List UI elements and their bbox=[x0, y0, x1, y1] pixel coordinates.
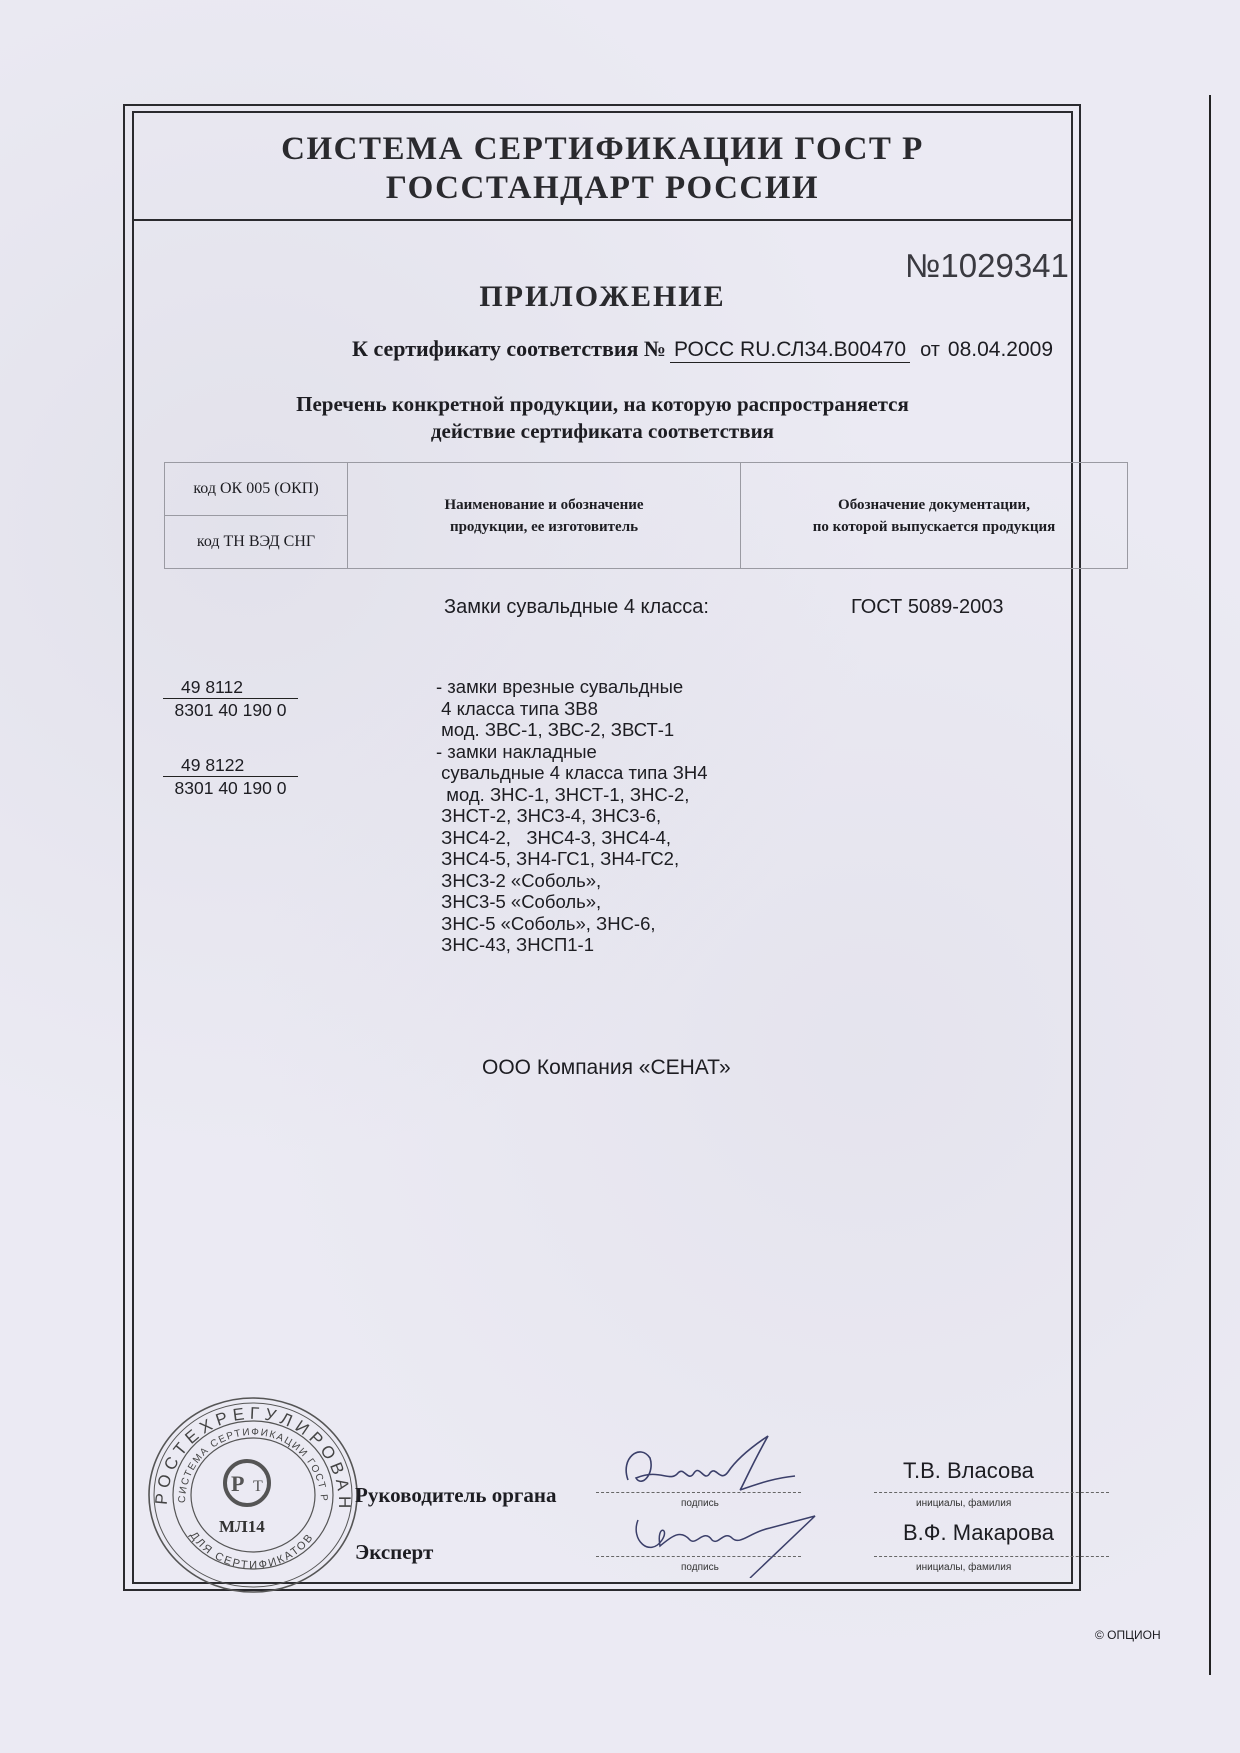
expert-signature-line bbox=[596, 1556, 801, 1558]
product-descriptions: - замки врезные сувальдные 4 класса типа… bbox=[436, 676, 708, 956]
header-code-tnved: код ТН ВЭД СНГ bbox=[165, 516, 348, 569]
tnved-code: 8301 40 190 0 bbox=[175, 778, 287, 798]
list-title-line1: Перечень конкретной продукции, на котору… bbox=[132, 391, 1073, 418]
annex-title: ПРИЛОЖЕНИЕ bbox=[132, 280, 1073, 314]
product-item: - замки накладные сувальдные 4 класса ти… bbox=[436, 741, 708, 956]
header-code-okp: код ОК 005 (ОКП) bbox=[165, 463, 348, 516]
copyright-mark: © ОПЦИОН bbox=[1095, 1628, 1161, 1642]
header-documentation: Обозначение документации, по которой вып… bbox=[741, 463, 1128, 569]
manufacturer: ООО Компания «СЕНАТ» bbox=[482, 1056, 731, 1080]
head-of-body-label: Руководитель органа bbox=[355, 1483, 557, 1508]
header-product-name: Наименование и обозначение продукции, ее… bbox=[348, 463, 741, 569]
list-title: Перечень конкретной продукции, на котору… bbox=[132, 391, 1073, 445]
certification-stamp-icon: РОСТЕХРЕГУЛИРОВАНИЕ СИСТЕМА СЕРТИФИКАЦИИ… bbox=[145, 1395, 360, 1595]
head-name: Т.В. Власова bbox=[903, 1458, 1034, 1484]
expert-name: В.Ф. Макарова bbox=[903, 1520, 1054, 1546]
svg-text:МЛ14: МЛ14 bbox=[219, 1517, 265, 1536]
header-documentation-line2: по которой выпускается продукция bbox=[742, 516, 1126, 538]
item-code: 49 8122 8301 40 190 0 bbox=[163, 755, 298, 799]
expert-signature-caption: подпись bbox=[681, 1562, 719, 1573]
certificate-number: РОСС RU.СЛ34.В00470 bbox=[670, 338, 910, 363]
header-product-name-line2: продукции, ее изготовитель bbox=[349, 516, 739, 538]
head-signature-line bbox=[596, 1492, 801, 1494]
item-code: 49 8112 8301 40 190 0 bbox=[163, 677, 298, 721]
expert-name-caption: инициалы, фамилия bbox=[916, 1562, 1011, 1573]
system-title: СИСТЕМА СЕРТИФИКАЦИИ ГОСТ Р bbox=[132, 131, 1073, 168]
head-name-line bbox=[874, 1492, 1109, 1494]
head-name-caption: инициалы, фамилия bbox=[916, 1498, 1011, 1509]
header-documentation-line1: Обозначение документации, bbox=[742, 494, 1126, 516]
expert-label: Эксперт bbox=[355, 1540, 433, 1565]
okp-code: 49 8112 bbox=[163, 677, 298, 699]
product-item: - замки врезные сувальдные 4 класса типа… bbox=[436, 676, 708, 741]
tnved-code: 8301 40 190 0 bbox=[175, 700, 287, 720]
column-header-table: код ОК 005 (ОКП) Наименование и обозначе… bbox=[164, 462, 1128, 569]
list-title-line2: действие сертификата соответствия bbox=[132, 418, 1073, 445]
from-label: от bbox=[920, 339, 940, 361]
header-product-name-line1: Наименование и обозначение bbox=[349, 494, 739, 516]
page-edge-line bbox=[1209, 95, 1211, 1675]
product-group-title: Замки сувальдные 4 класса: bbox=[444, 596, 709, 619]
svg-text:T: T bbox=[253, 1478, 263, 1495]
head-signature-caption: подпись bbox=[681, 1498, 719, 1509]
header-divider bbox=[132, 219, 1073, 221]
okp-code: 49 8122 bbox=[163, 755, 298, 777]
product-group-standard: ГОСТ 5089-2003 bbox=[851, 596, 1003, 619]
expert-name-line bbox=[874, 1556, 1109, 1558]
svg-text:P: P bbox=[231, 1471, 244, 1496]
reference-label: К сертификату соответствия № bbox=[352, 336, 666, 361]
agency-title: ГОССТАНДАРТ РОССИИ bbox=[132, 170, 1073, 207]
certificate-date: 08.04.2009 bbox=[948, 338, 1053, 361]
certificate-reference: К сертификату соответствия №РОСС RU.СЛ34… bbox=[352, 336, 1053, 363]
